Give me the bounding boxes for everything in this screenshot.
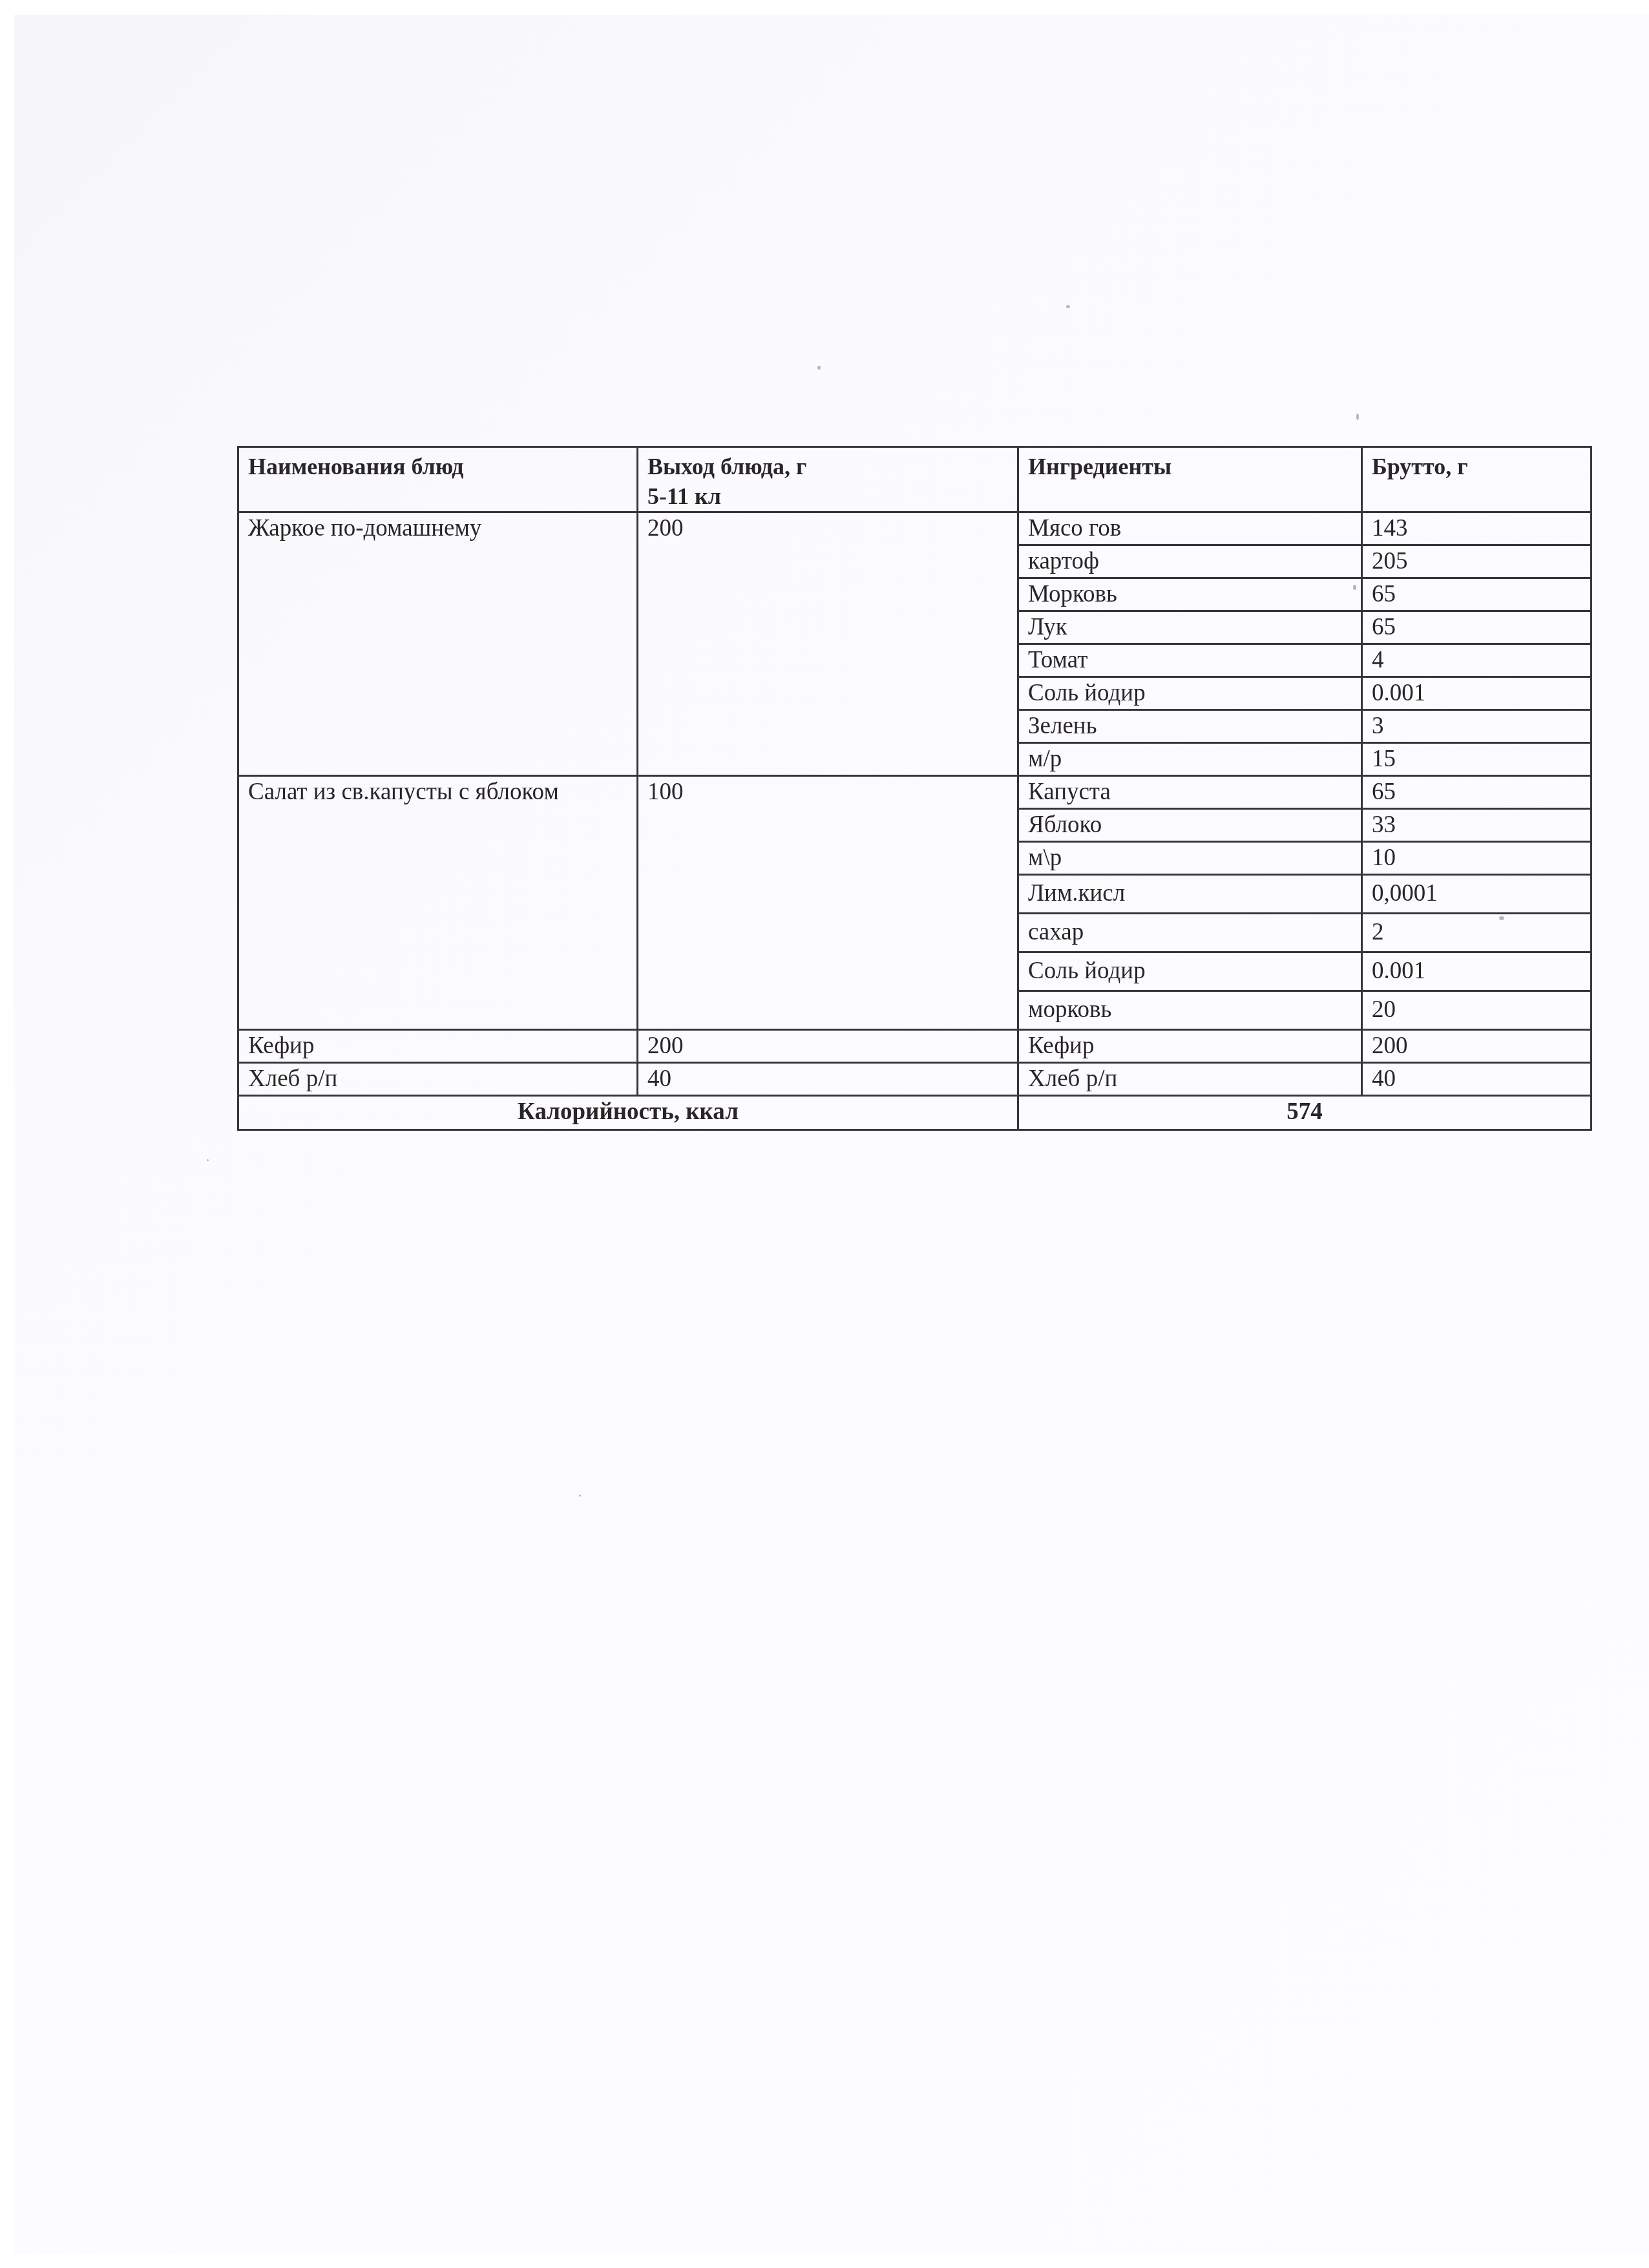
scanned-page — [14, 15, 1649, 2253]
ingredient-name-cell: Томат — [1018, 644, 1362, 677]
ingredient-name-cell: м\р — [1018, 842, 1362, 875]
ingredient-name-cell: м/р — [1018, 743, 1362, 776]
calorie-value: 574 — [1018, 1096, 1591, 1130]
header-yield-line1: Выход блюда, г — [647, 454, 806, 479]
ingredient-name-cell: Капуста — [1018, 776, 1362, 809]
table-header-row: Наименования блюд Выход блюда, г 5-11 кл… — [238, 447, 1591, 512]
scan-speck — [579, 1495, 581, 1496]
ingredient-gross-cell: 4 — [1362, 644, 1591, 677]
header-yield-line2: 5-11 кл — [647, 484, 1017, 510]
ingredient-gross-cell: 10 — [1362, 842, 1591, 875]
ingredient-name-cell: сахар — [1018, 914, 1362, 952]
ingredient-name-cell: Мясо гов — [1018, 512, 1362, 545]
table-row: Кефир 200 Кефир 200 — [238, 1030, 1591, 1063]
ingredient-gross-cell: 0,0001 — [1362, 875, 1591, 914]
ingredient-gross-cell: 65 — [1362, 578, 1591, 611]
ingredient-name-cell: Хлеб р/п — [1018, 1063, 1362, 1096]
ingredient-gross-cell: 0.001 — [1362, 677, 1591, 710]
dish-yield-cell: 200 — [638, 1030, 1018, 1063]
dish-name-cell: Хлеб р/п — [238, 1063, 638, 1096]
dish-name-cell: Жаркое по-домашнему — [238, 512, 638, 776]
calorie-row: Калорийность, ккал 574 — [238, 1096, 1591, 1130]
calorie-label: Калорийность, ккал — [238, 1096, 1018, 1130]
table-row: Хлеб р/п 40 Хлеб р/п 40 — [238, 1063, 1591, 1096]
ingredient-gross-cell: 3 — [1362, 710, 1591, 743]
scan-speck — [1066, 305, 1070, 308]
dish-name-cell: Кефир — [238, 1030, 638, 1063]
dish-yield-cell: 40 — [638, 1063, 1018, 1096]
ingredient-name-cell: Лук — [1018, 611, 1362, 644]
table-row: Салат из св.капусты с яблоком 100 Капуст… — [238, 776, 1591, 809]
header-ingredients: Ингредиенты — [1018, 447, 1362, 512]
header-dish-name: Наименования блюд — [238, 447, 638, 512]
ingredient-gross-cell: 40 — [1362, 1063, 1591, 1096]
ingredient-gross-cell: 200 — [1362, 1030, 1591, 1063]
header-yield: Выход блюда, г 5-11 кл — [638, 447, 1018, 512]
ingredient-name-cell: Морковь — [1018, 578, 1362, 611]
ingredient-gross-cell: 2 — [1362, 914, 1591, 952]
menu-table: Наименования блюд Выход блюда, г 5-11 кл… — [237, 446, 1592, 1131]
ingredient-name-cell: Соль йодир — [1018, 677, 1362, 710]
scan-speck — [817, 366, 821, 370]
header-gross: Брутто, г — [1362, 447, 1591, 512]
ingredient-name-cell: Яблоко — [1018, 809, 1362, 842]
table-row: Жаркое по-домашнему 200 Мясо гов 143 — [238, 512, 1591, 545]
ingredient-name-cell: Зелень — [1018, 710, 1362, 743]
scan-speck — [207, 1159, 209, 1161]
ingredient-gross-cell: 65 — [1362, 611, 1591, 644]
ingredient-name-cell: картоф — [1018, 545, 1362, 578]
ingredient-gross-cell: 33 — [1362, 809, 1591, 842]
ingredient-gross-cell: 205 — [1362, 545, 1591, 578]
ingredient-gross-cell: 15 — [1362, 743, 1591, 776]
ingredient-name-cell: Кефир — [1018, 1030, 1362, 1063]
ingredient-gross-cell: 65 — [1362, 776, 1591, 809]
ingredient-name-cell: Соль йодир — [1018, 952, 1362, 991]
ingredient-gross-cell: 20 — [1362, 991, 1591, 1030]
scan-speck — [1356, 414, 1359, 420]
ingredient-gross-cell: 143 — [1362, 512, 1591, 545]
dish-yield-cell: 100 — [638, 776, 1018, 1030]
dish-name-cell: Салат из св.капусты с яблоком — [238, 776, 638, 1030]
dish-yield-cell: 200 — [638, 512, 1018, 776]
ingredient-name-cell: морковь — [1018, 991, 1362, 1030]
ingredient-name-cell: Лим.кисл — [1018, 875, 1362, 914]
ingredient-gross-cell: 0.001 — [1362, 952, 1591, 991]
